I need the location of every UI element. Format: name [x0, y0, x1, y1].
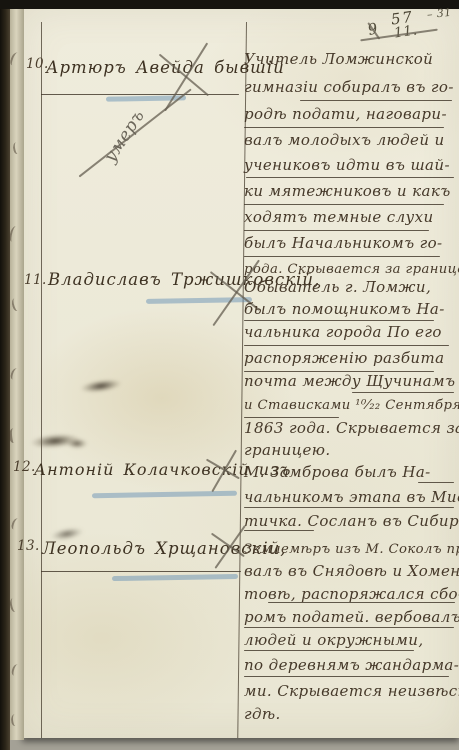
ink-underline: [244, 650, 414, 651]
description-line: валъ въ Снядовѣ и Хомен-: [244, 564, 459, 579]
name-underline: [41, 571, 241, 572]
description-line: гдѣ.: [244, 707, 281, 722]
description-line: М. Замброва былъ На-: [244, 465, 431, 480]
ink-underline: [244, 627, 454, 628]
description-line: 1863 года. Скрывается за: [244, 421, 459, 436]
description-line: ки мятежниковъ и какъ: [244, 184, 451, 199]
ink-underline: [244, 345, 449, 346]
description-line: Землемѣръ изъ М. Соколъ прожи-: [244, 543, 459, 556]
ink-underline: [268, 602, 455, 603]
description-line: гимназіи собиралъ въ го-: [244, 80, 454, 95]
description-line: ми. Скрывается неизвѣстно: [244, 684, 459, 699]
description-line: и Стависками ¹⁰⁄₂₂ Сентября: [244, 399, 459, 412]
description-line: распоряженію разбита: [244, 351, 444, 366]
folio-number-alt: – 31: [426, 7, 452, 21]
description-line: по деревнямъ жандарма-: [244, 658, 459, 673]
description-line: границею.: [244, 443, 331, 458]
ink-underline: [244, 320, 434, 321]
description-line: былъ Начальникомъ го-: [244, 236, 443, 251]
description-line: чальникомъ этапа въ Мис-: [244, 490, 459, 505]
description-line: родѣ подати, наговари-: [244, 107, 447, 122]
scan-background-top: [0, 0, 459, 9]
description-line: чальника города По его: [244, 325, 442, 340]
description-line: товѣ, распоряжался сбо-: [244, 587, 459, 602]
ink-underline: [244, 676, 449, 677]
description-line: былъ помощникомъ На-: [244, 302, 445, 317]
ink-underline: [418, 482, 454, 483]
description-line: Обыватель г. Ломжи,: [244, 280, 431, 295]
description-line: ромъ податей. вербовалъ: [244, 610, 459, 625]
ink-underline: [352, 392, 454, 393]
number-column-rule: [41, 22, 42, 738]
description-line: учениковъ идти въ шай-: [244, 158, 450, 173]
ink-underline: [244, 530, 314, 531]
ink-underline: [300, 100, 452, 101]
description-line: ходятъ темные слухи: [244, 210, 434, 225]
ink-underline: [244, 417, 339, 418]
ink-underline: [244, 371, 434, 372]
description-line: тичка. Сосланъ въ Сибирь.: [244, 514, 459, 529]
description-line: валъ молодыхъ людей и: [244, 133, 445, 148]
ink-underline: [244, 507, 454, 508]
ink-underline: [244, 230, 429, 231]
name-underline: [41, 94, 239, 95]
ink-underline: [244, 127, 444, 128]
ink-underline: [244, 256, 440, 257]
description-line: почта между Щучинамъ: [244, 374, 455, 389]
ink-stain: [66, 438, 88, 449]
entry-number: 13.: [17, 540, 40, 554]
ink-underline: [246, 177, 454, 178]
book-binding-edge: [0, 0, 10, 750]
ink-underline: [244, 204, 444, 205]
entry-number: 11.: [24, 274, 47, 288]
description-line: Учитель Ломжинской: [244, 52, 433, 67]
description-line: людей и окружными,: [244, 633, 424, 648]
entry-number: 12.: [13, 461, 36, 475]
manuscript-scan: 57 – 31 9 11. 10. Артюръ Авейда бывшій у…: [0, 0, 459, 750]
